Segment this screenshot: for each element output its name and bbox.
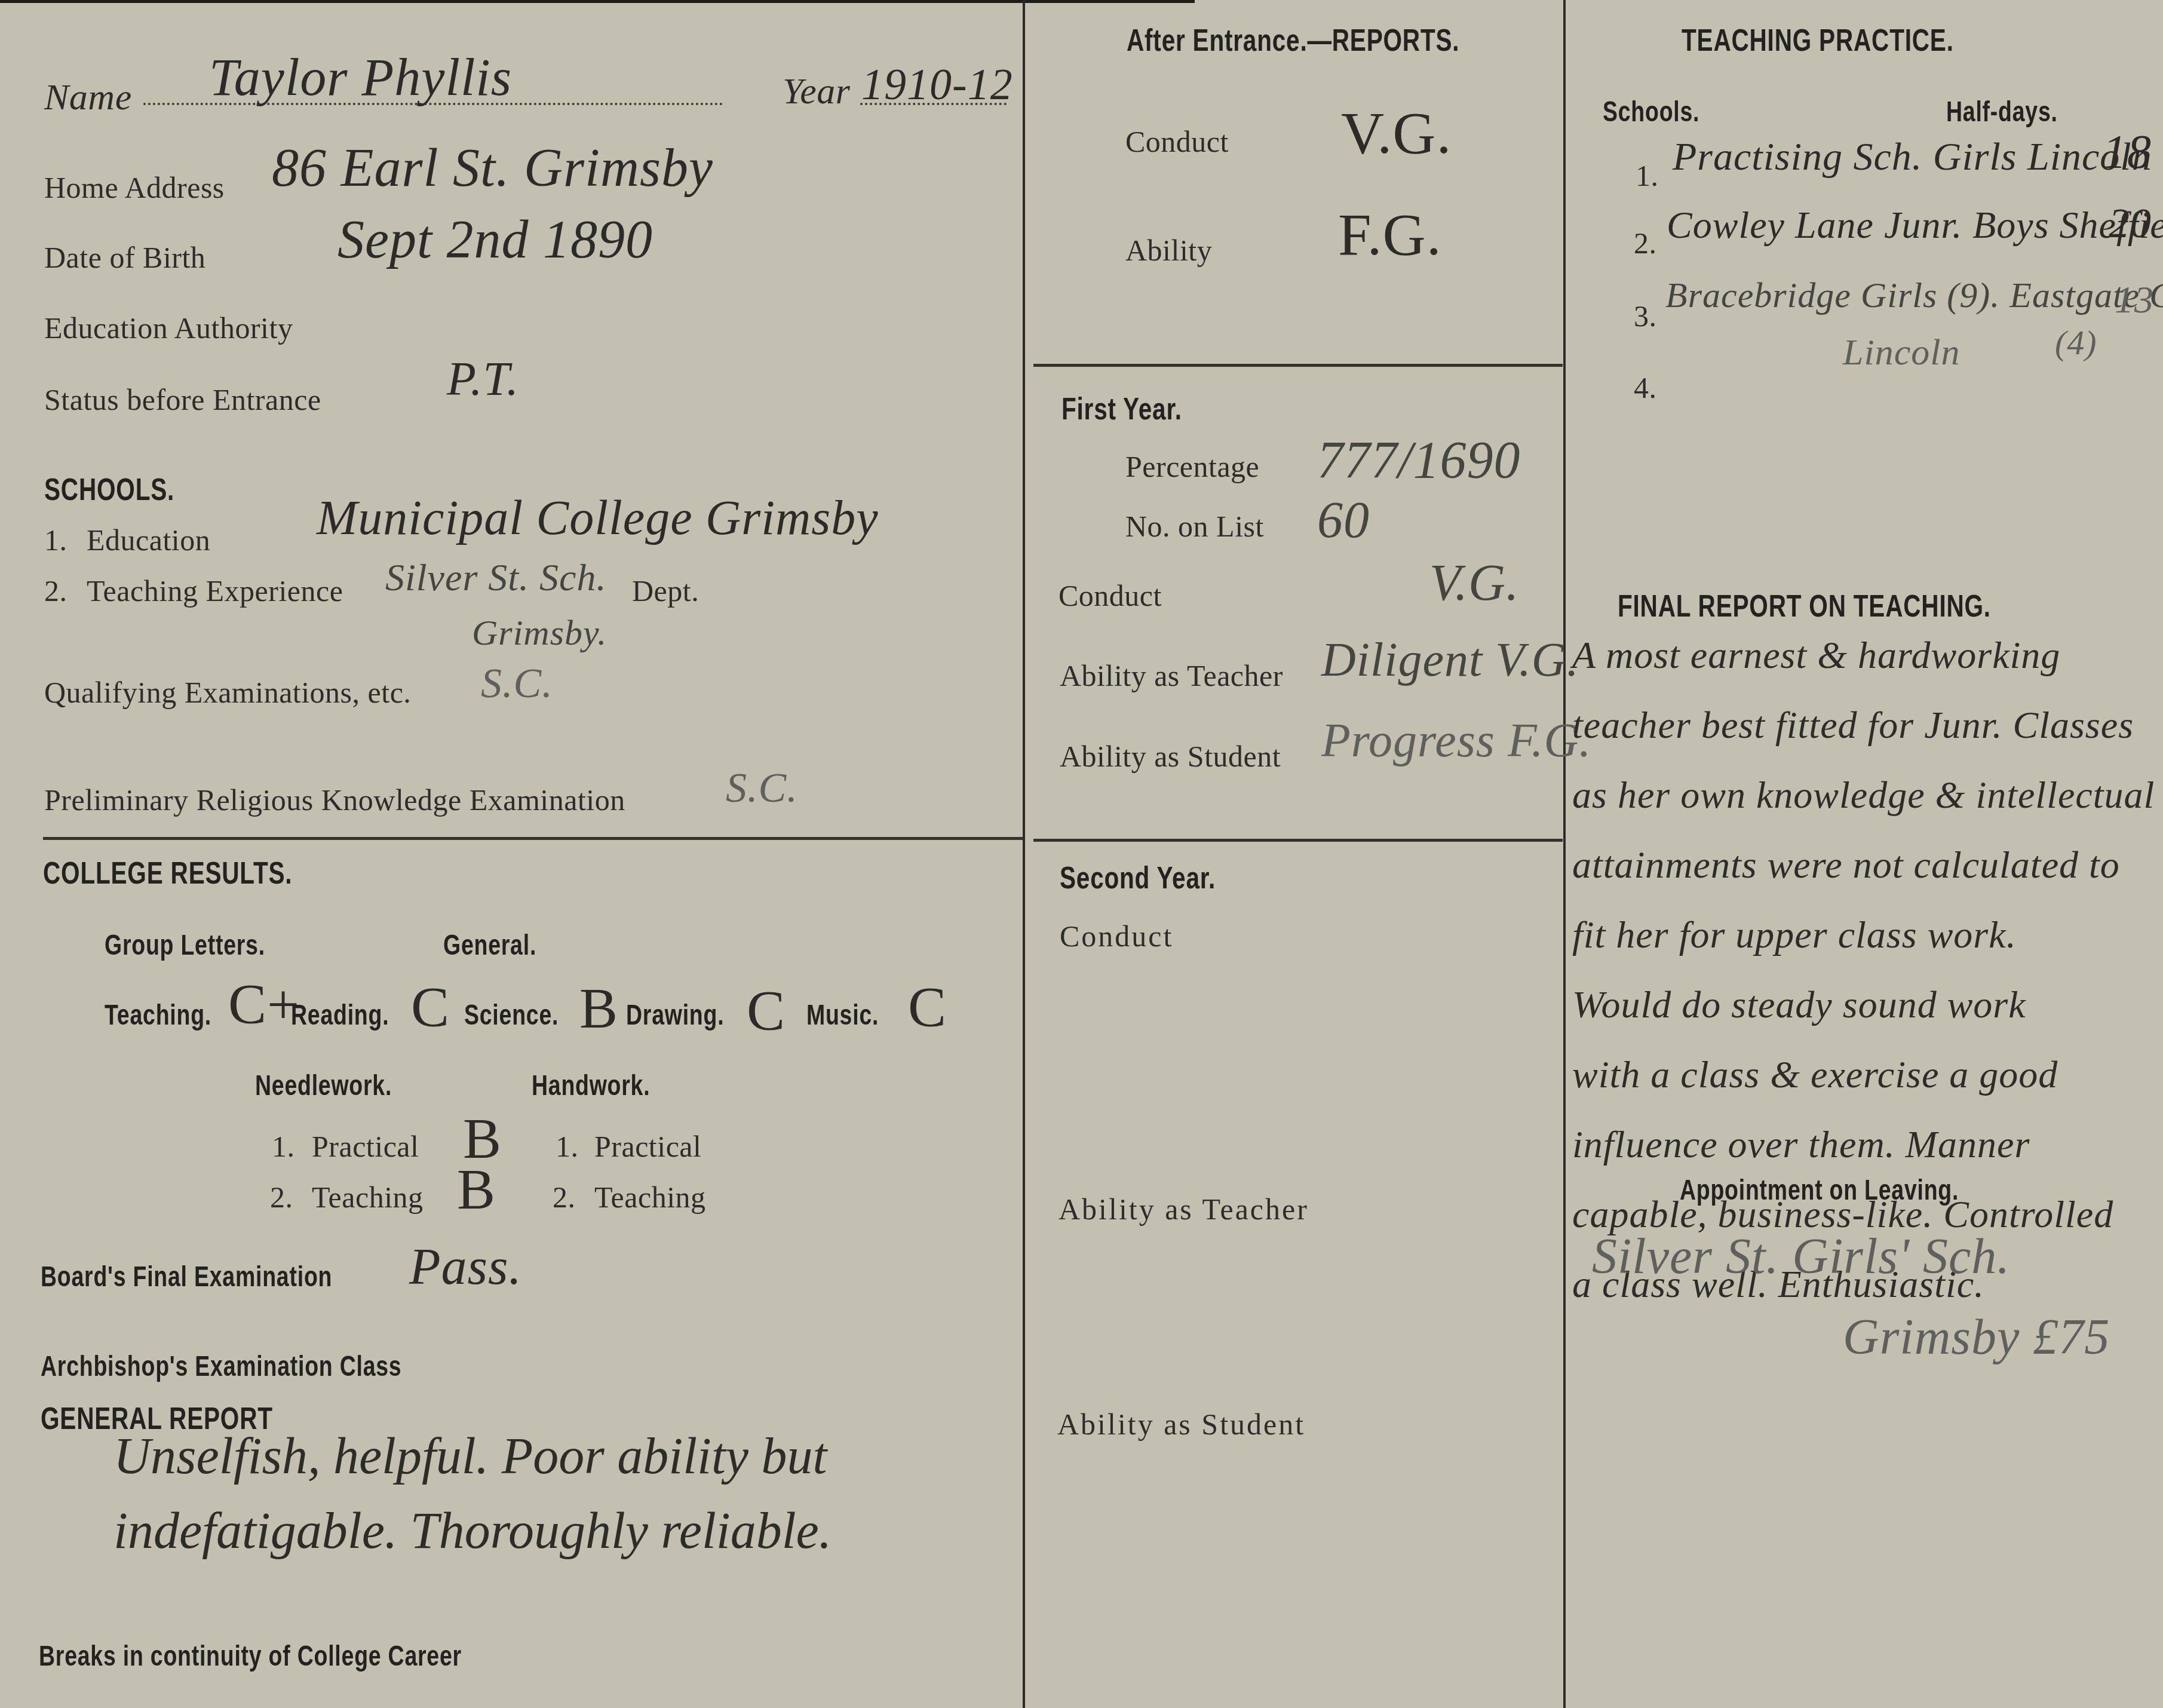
religious-label: Preliminary Religious Knowledge Examinat… bbox=[44, 783, 625, 817]
education-label: Education bbox=[87, 523, 210, 557]
tp-halfdays-label: Half-days. bbox=[1946, 96, 2058, 128]
handwork-label: Handwork. bbox=[532, 1069, 650, 1102]
first-year-heading: First Year. bbox=[1061, 391, 1182, 427]
second-student-label: Ability as Student bbox=[1057, 1407, 1305, 1442]
tp-entry-school: Bracebridge Girls (9). Eastgate G. bbox=[1665, 275, 2163, 316]
reports-conduct-value: V.G. bbox=[1341, 99, 1452, 167]
reports-conduct-label: Conduct bbox=[1125, 124, 1229, 159]
reports-ability-value: F.G. bbox=[1338, 200, 1442, 269]
dept-label: Dept. bbox=[632, 574, 699, 608]
grade-drawing-value: C bbox=[747, 977, 786, 1044]
tp-entry-num: 3. bbox=[1634, 299, 1657, 333]
handwork-teaching-num: 2. bbox=[553, 1180, 576, 1215]
column-divider-right bbox=[1563, 0, 1566, 1708]
status-label: Status before Entrance bbox=[44, 382, 321, 417]
grade-reading-value: C bbox=[411, 974, 450, 1040]
home-address-value: 86 Earl St. Grimsby bbox=[272, 137, 713, 199]
section-rule-first-year bbox=[1033, 839, 1563, 842]
handwork-practical-label: Practical bbox=[594, 1129, 701, 1164]
teaching-exp-value-line2: Grimsby. bbox=[472, 612, 607, 654]
grade-teaching-value: C+ bbox=[228, 971, 300, 1037]
second-conduct-label: Conduct bbox=[1060, 919, 1173, 953]
teaching-exp-value: Silver St. Sch. bbox=[385, 556, 606, 600]
year-label: Year bbox=[783, 71, 850, 112]
needlework-teaching-value: B bbox=[457, 1156, 496, 1222]
grade-reading-label: Reading. bbox=[291, 999, 389, 1032]
dob-label: Date of Birth bbox=[44, 240, 205, 275]
second-year-heading: Second Year. bbox=[1060, 860, 1216, 896]
tp-entry-num: 2. bbox=[1634, 226, 1657, 260]
tp-schools-label: Schools. bbox=[1603, 96, 1699, 128]
handwork-teaching-label: Teaching bbox=[594, 1180, 706, 1215]
grade-science-label: Science. bbox=[464, 999, 559, 1032]
status-value: P.T. bbox=[447, 352, 519, 407]
tp-entry-school: Practising Sch. Girls Lincoln bbox=[1673, 134, 2152, 180]
qualifying-value: S.C. bbox=[481, 660, 553, 708]
needlework-teaching-label: Teaching bbox=[312, 1180, 424, 1215]
first-conduct-label: Conduct bbox=[1059, 578, 1162, 613]
column-divider-left bbox=[1023, 0, 1025, 1708]
boards-final-label: Board's Final Examination bbox=[41, 1261, 332, 1293]
grade-music-value: C bbox=[908, 974, 947, 1040]
tp-entry-halfdays: 13 bbox=[2115, 278, 2154, 322]
name-label: Name bbox=[44, 76, 132, 119]
needlework-practical-label: Practical bbox=[312, 1129, 419, 1164]
first-teacher-label: Ability as Teacher bbox=[1060, 658, 1283, 693]
general-label: General. bbox=[443, 929, 536, 962]
tp-entry-halfdays: 18 bbox=[2103, 125, 2152, 180]
education-authority-label: Education Authority bbox=[44, 311, 293, 345]
tp-entry-num: 4. bbox=[1634, 370, 1657, 405]
tp-entry-school-line2: Lincoln bbox=[1843, 332, 1960, 374]
boards-final-value: Pass. bbox=[409, 1237, 522, 1296]
no-on-list-value: 60 bbox=[1317, 490, 1370, 550]
first-conduct-value: V.G. bbox=[1429, 553, 1520, 612]
year-value: 1910-12 bbox=[861, 60, 1013, 111]
dob-value: Sept 2nd 1890 bbox=[338, 209, 653, 271]
teaching-practice-heading: TEACHING PRACTICE. bbox=[1682, 23, 1954, 59]
tp-entry-note: (4) bbox=[2055, 323, 2097, 363]
reports-heading: After Entrance.—REPORTS. bbox=[1127, 23, 1459, 59]
handwork-practical-num: 1. bbox=[556, 1129, 579, 1164]
general-report-value: Unselfish, helpful. Poor ability but ind… bbox=[113, 1419, 832, 1568]
scan-top-edge bbox=[0, 0, 1195, 3]
schools-heading: SCHOOLS. bbox=[44, 472, 174, 508]
grade-teaching-label: Teaching. bbox=[105, 999, 211, 1032]
qualifying-label: Qualifying Examinations, etc. bbox=[44, 675, 411, 710]
first-teacher-value: Diligent V.G. bbox=[1321, 633, 1579, 688]
reports-ability-label: Ability bbox=[1125, 233, 1212, 268]
final-report-text: A most earnest & hardworking teacher bes… bbox=[1572, 620, 2155, 1319]
final-report-heading: FINAL REPORT ON TEACHING. bbox=[1618, 588, 1991, 624]
section-rule-reports bbox=[1033, 364, 1563, 367]
section-rule-left bbox=[43, 837, 1023, 840]
second-teacher-label: Ability as Teacher bbox=[1059, 1192, 1309, 1226]
education-value: Municipal College Grimsby bbox=[317, 490, 879, 546]
grade-music-label: Music. bbox=[806, 999, 879, 1032]
education-num: 1. bbox=[44, 523, 68, 557]
tp-entry-halfdays: 20 bbox=[2109, 200, 2152, 248]
teaching-exp-label: Teaching Experience bbox=[87, 574, 343, 608]
grade-drawing-label: Drawing. bbox=[626, 999, 724, 1032]
teaching-exp-num: 2. bbox=[44, 574, 68, 608]
first-student-label: Ability as Student bbox=[1060, 739, 1281, 774]
needlework-teaching-num: 2. bbox=[270, 1180, 293, 1215]
grade-science-value: B bbox=[579, 975, 618, 1041]
breaks-label: Breaks in continuity of College Career bbox=[39, 1640, 462, 1673]
no-on-list-label: No. on List bbox=[1125, 509, 1264, 544]
needlework-practical-num: 1. bbox=[272, 1129, 295, 1164]
name-value: Taylor Phyllis bbox=[209, 48, 512, 108]
appointment-heading: Appointment on Leaving. bbox=[1680, 1174, 1959, 1207]
percentage-value: 777/1690 bbox=[1317, 430, 1520, 490]
needlework-label: Needlework. bbox=[255, 1069, 392, 1102]
tp-entry-school: Cowley Lane Junr. Boys Sheffield bbox=[1667, 203, 2163, 247]
tp-entry-num: 1. bbox=[1636, 158, 1659, 193]
group-letters-label: Group Letters. bbox=[105, 929, 265, 962]
religious-value: S.C. bbox=[726, 765, 798, 812]
appointment-line1: Silver St. Girls' Sch. bbox=[1592, 1228, 2010, 1286]
college-results-heading: COLLEGE RESULTS. bbox=[43, 855, 292, 891]
appointment-line2: Grimsby £75 bbox=[1843, 1308, 2110, 1366]
archbishop-label: Archbishop's Examination Class bbox=[41, 1350, 401, 1383]
first-student-value: Progress F.G. bbox=[1321, 714, 1591, 768]
home-address-label: Home Address bbox=[44, 170, 225, 205]
percentage-label: Percentage bbox=[1125, 449, 1259, 484]
